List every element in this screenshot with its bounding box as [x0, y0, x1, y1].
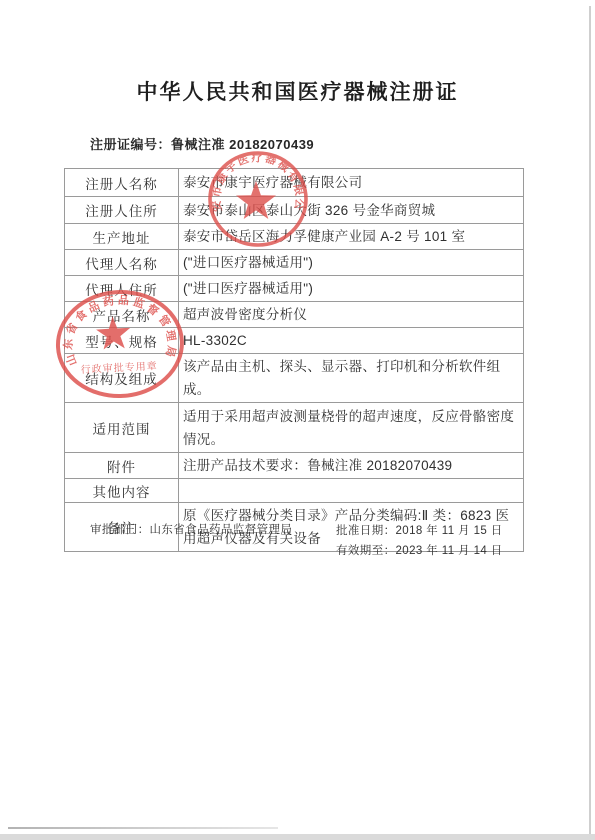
table-row: 注册人住所 泰安市泰山区泰山大街 326 号金华商贸城 [65, 197, 524, 224]
row-label: 生产地址 [65, 224, 179, 250]
scan-artifact-line [8, 827, 278, 829]
valid-until-date: 有效期至：2023 年 11 月 14 日 [336, 541, 503, 561]
row-value: 泰安市康宇医疗器械有限公司 [179, 169, 524, 197]
table-row: 结构及组成 该产品由主机、探头、显示器、打印机和分析软件组成。 [65, 354, 524, 403]
row-value: 泰安市岱岳区海力孚健康产业园 A-2 号 101 室 [179, 224, 524, 250]
table-row: 产品名称 超声波骨密度分析仪 [65, 302, 524, 328]
row-value: ("进口医疗器械适用") [179, 250, 524, 276]
registration-number-value: 鲁械注准 20182070439 [171, 137, 314, 152]
table-row: 生产地址 泰安市岱岳区海力孚健康产业园 A-2 号 101 室 [65, 224, 524, 250]
approval-department: 审批部门：山东省食品药品监督管理局 [90, 521, 292, 537]
row-label: 适用范围 [65, 403, 179, 453]
row-label: 注册人住所 [65, 197, 179, 224]
page-edge-bottom [0, 834, 595, 840]
dates-block: 批准日期：2018 年 11 月 15 日 有效期至：2023 年 11 月 1… [336, 521, 503, 561]
row-value: 泰安市泰山区泰山大街 326 号金华商贸城 [179, 197, 524, 224]
row-value: ("进口医疗器械适用") [179, 276, 524, 302]
row-value: 适用于采用超声波测量桡骨的超声速度，反应骨骼密度情况。 [179, 403, 524, 453]
approval-date: 批准日期：2018 年 11 月 15 日 [336, 521, 503, 541]
row-label: 代理人名称 [65, 250, 179, 276]
registration-number-label: 注册证编号： [90, 137, 171, 152]
row-label: 代理人住所 [65, 276, 179, 302]
row-label: 附件 [65, 453, 179, 479]
row-label: 型号、规格 [65, 328, 179, 354]
table-row: 代理人住所 ("进口医疗器械适用") [65, 276, 524, 302]
certificate-page: 中华人民共和国医疗器械注册证 注册证编号：鲁械注准 20182070439 注册… [0, 0, 595, 840]
table-row: 注册人名称 泰安市康宇医疗器械有限公司 [65, 169, 524, 197]
row-value: HL-3302C [179, 328, 524, 354]
table-row: 其他内容 [65, 479, 524, 503]
row-value: 注册产品技术要求：鲁械注准 20182070439 [179, 453, 524, 479]
registration-number-line: 注册证编号：鲁械注准 20182070439 [90, 134, 314, 153]
page-edge-right [589, 6, 591, 836]
row-label: 其他内容 [65, 479, 179, 503]
row-value: 该产品由主机、探头、显示器、打印机和分析软件组成。 [179, 354, 524, 403]
table-row: 代理人名称 ("进口医疗器械适用") [65, 250, 524, 276]
row-label: 注册人名称 [65, 169, 179, 197]
certificate-title: 中华人民共和国医疗器械注册证 [0, 76, 595, 106]
row-label: 产品名称 [65, 302, 179, 328]
row-value: 超声波骨密度分析仪 [179, 302, 524, 328]
row-value [179, 479, 524, 503]
table-row: 附件 注册产品技术要求：鲁械注准 20182070439 [65, 453, 524, 479]
certificate-table: 注册人名称 泰安市康宇医疗器械有限公司 注册人住所 泰安市泰山区泰山大街 326… [64, 168, 524, 552]
row-label: 结构及组成 [65, 354, 179, 403]
table-row: 适用范围 适用于采用超声波测量桡骨的超声速度，反应骨骼密度情况。 [65, 403, 524, 453]
table-row: 型号、规格 HL-3302C [65, 328, 524, 354]
